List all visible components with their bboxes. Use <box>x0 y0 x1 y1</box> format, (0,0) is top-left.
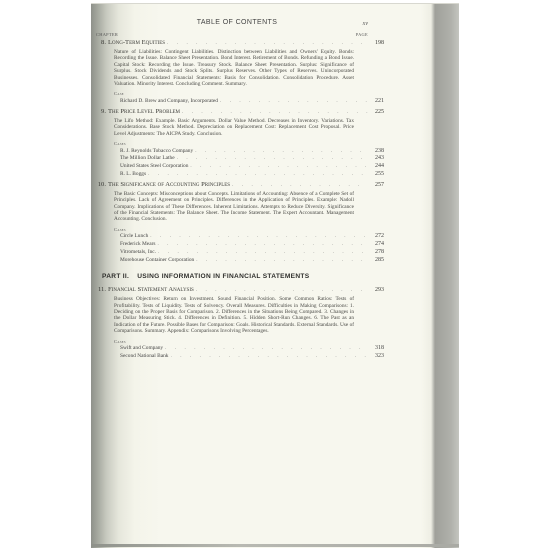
chapter-title[interactable]: The Price Level Problem <box>108 108 182 116</box>
dot-leader: . . . . . . . . . . . . . . . . . . . . … <box>148 172 368 179</box>
chapter-description: The Lifo Method: Example. Basic Argument… <box>114 118 354 137</box>
chapter-number: 10. <box>94 181 106 189</box>
chapter-entry: 11.Financial Statement Analysis. . . . .… <box>108 286 366 361</box>
dot-leader: . . . . . . . . . . . . . . . . . . . . … <box>195 149 368 156</box>
column-headers: Chapter Page <box>108 32 366 39</box>
dot-leader: . . . . . . . . . . . . . . . . . . . . … <box>157 242 368 249</box>
page-title: TABLE OF CONTENTS <box>108 20 366 27</box>
case-name[interactable]: United States Steel Corporation <box>120 163 190 170</box>
chapter-entry: 8.Long-Term Equities. . . . . . . . . . … <box>108 39 366 106</box>
case-entry[interactable]: Richard D. Brew and Company, Incorporate… <box>120 98 366 106</box>
case-entry[interactable]: Second National Bank. . . . . . . . . . … <box>120 353 366 361</box>
dot-leader: . . . . . . . . . . . . . . . . . . . . … <box>177 156 368 163</box>
case-name[interactable]: R. L. Boggs <box>120 171 148 178</box>
case-page: 318 <box>368 345 384 352</box>
part-two-chapters: 11.Financial Statement Analysis. . . . .… <box>108 286 366 361</box>
dot-leader: . . . . . . . . . . . . . . . . . . . . … <box>150 234 368 241</box>
case-entry[interactable]: R. L. Boggs. . . . . . . . . . . . . . .… <box>120 171 366 179</box>
case-name[interactable]: Swift and Company <box>120 345 165 352</box>
case-entry[interactable]: Vitrometals, Inc.. . . . . . . . . . . .… <box>120 249 366 257</box>
case-name[interactable]: Frederick Mears <box>120 241 157 248</box>
chapter-description: Nature of Liabilities: Contingent Liabil… <box>114 49 354 87</box>
case-entry[interactable]: Swift and Company. . . . . . . . . . . .… <box>120 345 366 353</box>
page-header: TABLE OF CONTENTS xv <box>108 20 366 32</box>
case-page: 274 <box>368 241 384 248</box>
case-name[interactable]: The Million Dollar Lathe <box>120 155 177 162</box>
case-page: 221 <box>368 98 384 105</box>
case-page: 243 <box>368 155 384 162</box>
chapter-page: 198 <box>368 39 384 47</box>
dot-leader: . . . . . . . . . . . . . . . . . . . . … <box>190 164 368 171</box>
part-one-chapters: 8.Long-Term Equities. . . . . . . . . . … <box>108 39 366 265</box>
case-entry[interactable]: The Million Dollar Lathe. . . . . . . . … <box>120 155 366 163</box>
chapter-title[interactable]: The Significance of Accounting Principle… <box>108 181 232 189</box>
page-column-label: Page <box>356 32 368 39</box>
case-entry[interactable]: Circle Lunch. . . . . . . . . . . . . . … <box>120 233 366 241</box>
dot-leader: . . . . . . . . . . . . . . . . . . . . … <box>220 99 368 106</box>
dot-leader: . . . . . . . . . . . . . . . . . . . . … <box>182 109 368 117</box>
chapter-row[interactable]: 11.Financial Statement Analysis. . . . .… <box>108 286 366 295</box>
dot-leader: . . . . . . . . . . . . . . . . . . . . … <box>196 258 368 265</box>
chapter-page: 257 <box>368 181 384 189</box>
case-page: 272 <box>368 233 384 240</box>
case-name[interactable]: R. J. Reynolds Tobacco Company <box>120 148 195 155</box>
case-name[interactable]: Second National Bank <box>120 353 171 360</box>
table-of-contents: TABLE OF CONTENTS xv Chapter Page 8.Long… <box>108 20 366 363</box>
chapter-row[interactable]: 9.The Price Level Problem. . . . . . . .… <box>108 108 366 117</box>
chapter-row[interactable]: 10.The Significance of Accounting Princi… <box>108 181 366 190</box>
dot-leader: . . . . . . . . . . . . . . . . . . . . … <box>165 346 368 353</box>
part-title: USING INFORMATION IN FINANCIAL STATEMENT… <box>137 273 309 280</box>
chapter-column-label: Chapter <box>96 32 118 39</box>
case-entry[interactable]: United States Steel Corporation. . . . .… <box>120 163 366 171</box>
case-page: 238 <box>368 148 384 155</box>
cases-label: Cases <box>114 141 366 148</box>
dot-leader: . . . . . . . . . . . . . . . . . . . . … <box>158 250 368 257</box>
chapter-row[interactable]: 8.Long-Term Equities. . . . . . . . . . … <box>108 39 366 48</box>
chapter-number: 8. <box>94 39 106 47</box>
case-name[interactable]: Morehouse Container Corporation <box>120 257 196 264</box>
chapter-number: 11. <box>94 286 106 294</box>
chapter-page: 293 <box>368 286 384 294</box>
chapter-entry: 10.The Significance of Accounting Princi… <box>108 181 366 265</box>
dot-leader: . . . . . . . . . . . . . . . . . . . . … <box>196 287 368 295</box>
dot-leader: . . . . . . . . . . . . . . . . . . . . … <box>232 182 368 190</box>
chapter-title[interactable]: Financial Statement Analysis <box>108 286 196 294</box>
part-label: PART II. <box>102 273 129 280</box>
page-edge <box>91 544 459 547</box>
case-entry[interactable]: Frederick Mears. . . . . . . . . . . . .… <box>120 241 366 249</box>
chapter-description: Business Objectives: Return on Investmen… <box>114 296 354 334</box>
cases-label: Case <box>114 91 366 98</box>
page-number: xv <box>363 21 368 28</box>
dot-leader: . . . . . . . . . . . . . . . . . . . . … <box>171 354 368 361</box>
case-page: 285 <box>368 257 384 264</box>
case-page: 244 <box>368 163 384 170</box>
chapter-description: The Basic Concepts: Misconceptions about… <box>114 191 354 223</box>
chapter-title[interactable]: Long-Term Equities <box>108 39 167 47</box>
case-page: 278 <box>368 249 384 256</box>
chapter-number: 9. <box>94 108 106 116</box>
case-page: 255 <box>368 171 384 178</box>
cases-label: Cases <box>114 227 366 234</box>
dot-leader: . . . . . . . . . . . . . . . . . . . . … <box>167 40 368 48</box>
case-name[interactable]: Vitrometals, Inc. <box>120 249 158 256</box>
part-heading: PART II.USING INFORMATION IN FINANCIAL S… <box>102 274 366 281</box>
chapter-entry: 9.The Price Level Problem. . . . . . . .… <box>108 108 366 179</box>
case-entry[interactable]: R. J. Reynolds Tobacco Company. . . . . … <box>120 148 366 156</box>
chapter-page: 225 <box>368 108 384 116</box>
case-page: 323 <box>368 353 384 360</box>
case-name[interactable]: Richard D. Brew and Company, Incorporate… <box>120 98 220 105</box>
case-name[interactable]: Circle Lunch <box>120 233 150 240</box>
case-entry[interactable]: Morehouse Container Corporation. . . . .… <box>120 257 366 265</box>
